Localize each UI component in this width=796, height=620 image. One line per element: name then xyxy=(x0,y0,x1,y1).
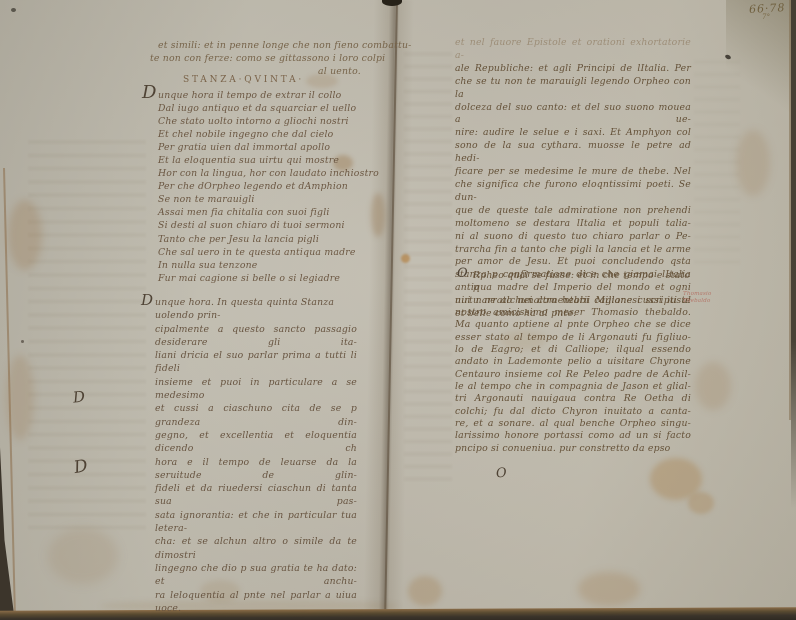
stain xyxy=(695,362,731,410)
left-dark-edge xyxy=(0,440,15,620)
commentary-line: liani dricia el suo parlar prima a tutti… xyxy=(155,349,357,376)
commentary-line: cipalmente a questo sancto passagio desi… xyxy=(155,323,357,350)
verse-line: Per gratia uien dal immortal apollo xyxy=(158,141,368,154)
left-page-edge-line xyxy=(3,168,16,620)
book-gutter-shadow xyxy=(363,0,414,620)
initial-capital-o: O xyxy=(457,268,468,280)
verse-line: Tanto che per Jesu la lancia pigli xyxy=(158,233,368,246)
commentary-line: nui narrato nei comentarii Millanesi scr… xyxy=(455,295,691,307)
margin-pen-mark-d: D xyxy=(72,387,86,406)
right-page-edge-line xyxy=(789,0,791,420)
verse-line: Et chel nobile ingegno che dal cielo xyxy=(158,128,368,141)
ink-bleedthrough-right xyxy=(404,52,452,482)
left-prev-paragraph-line: et simili: et in penne longe che non fie… xyxy=(158,40,411,51)
stain xyxy=(6,355,34,440)
verse-line-text: unque hora il tempo de extrar il collo xyxy=(158,90,341,101)
left-prev-paragraph-line: te non con ferze: como se gittassono i l… xyxy=(150,53,385,64)
commentary-line: et nel fauore Epistole et orationi exhor… xyxy=(455,37,691,63)
initial-capital-d: D xyxy=(141,294,153,307)
gutter-crease-line xyxy=(384,0,398,620)
commentary-line: ORpheo qual se fusse: et in che tempo e … xyxy=(455,270,691,295)
commentary-line: che se tu non te marauigli legendo Orphe… xyxy=(455,76,691,102)
margin-pen-mark-d: D xyxy=(72,456,89,478)
commentary-line: que de queste tale admiratione non prehe… xyxy=(455,205,691,218)
bottom-dark-edge xyxy=(0,607,796,620)
red-margin-note-line: Thomasio xyxy=(683,291,712,298)
verse-line: Che sal uero in te questa antiqua madre xyxy=(158,246,368,259)
initial-capital-d: D xyxy=(142,86,157,99)
commentary-line: le al tempo che in compagnia de Jason et… xyxy=(455,381,691,393)
commentary-line: Ma quanto aptiene al pnte Orpheo che se … xyxy=(455,319,691,331)
verse-line: Si desti al suon chiaro di tuoi sermoni xyxy=(158,219,368,232)
manuscript-spread: 66·78 7° et simili: et in penne longe ch… xyxy=(0,0,796,620)
right-commentary-block-2: ORpheo qual se fusse: et in che tempo e … xyxy=(455,270,691,455)
top-right-corner-shade xyxy=(726,0,796,120)
commentary-line: pncipo si conueniua. pur constretto da e… xyxy=(455,443,691,455)
commentary-line: Centauro insieme col Re Peleo padre de A… xyxy=(455,369,691,381)
stain xyxy=(48,528,118,584)
verse-line: Assai men fia chitalia con suoi figli xyxy=(158,206,368,219)
left-commentary-block: Dunque hora. In questa quinta Stanza uol… xyxy=(155,296,357,615)
commentary-line-text: unque hora. In questa quinta Stanza uole… xyxy=(155,297,334,321)
verse-line: Dal iugo antiquo et da squarciar el uell… xyxy=(158,102,368,115)
commentary-line: moltomeno se destara lItalia et populi t… xyxy=(455,218,691,231)
right-dark-edge xyxy=(791,0,796,620)
commentary-line: trarcha fin a tanto che pigli la lancia … xyxy=(455,244,691,257)
stain xyxy=(578,572,640,606)
pen-mark-o: O xyxy=(495,466,507,482)
left-prev-paragraph-line: al uento. xyxy=(318,66,361,77)
commentary-line: et cussi a ciaschuno cita de se p grande… xyxy=(155,402,357,429)
commentary-line: gegno, et excellentia et eloquentia dice… xyxy=(155,429,357,456)
commentary-line: per amor de Jesu. Et puoi concludendo qs… xyxy=(455,256,691,269)
left-verse-block: Dunque hora il tempo de extrar il collo … xyxy=(158,89,368,285)
commentary-line-text: Rpheo qual se fusse: et in che tempo e s… xyxy=(473,270,690,293)
verse-line: Che stato uolto intorno a gliochi nostri xyxy=(158,115,368,128)
commentary-line: dolceza del suo canto: et del suo suono … xyxy=(455,102,691,128)
commentary-line: lo de Eagro; et di Calliope; ilqual esse… xyxy=(455,344,691,356)
verse-line: Per che dOrpheo legendo et dAmphion xyxy=(158,180,368,193)
commentary-line: andato in Lademonte pelio a uisitare Chy… xyxy=(455,356,691,368)
ink-speck xyxy=(11,8,16,12)
commentary-line: re, et a sonare. al qual benche Orpheo s… xyxy=(455,418,691,430)
stain xyxy=(736,130,770,196)
commentary-line: esser stato al tempo de li Argonauti fu … xyxy=(455,332,691,344)
commentary-line: hora e il tempo de leuarse da la seruitu… xyxy=(155,456,357,483)
commentary-line: ra leloquentia al pnte nel parlar a uiua… xyxy=(155,589,357,616)
commentary-line: ni al suono di questo tuo chiaro parlar … xyxy=(455,231,691,244)
commentary-line: ale Republiche: et agli Principi de lIta… xyxy=(455,63,691,76)
verse-line: In nulla sua tenzone xyxy=(158,259,368,272)
stain xyxy=(401,254,410,263)
commentary-line: Dunque hora. In questa quinta Stanza uol… xyxy=(155,296,357,323)
commentary-line: nire: audire le selue e i saxi. Et Amphy… xyxy=(455,127,691,140)
commentary-line: insieme et puoi in particulare a se mede… xyxy=(155,376,357,403)
stain xyxy=(408,576,442,606)
verse-line: Et la eloquentia sua uirtu qui mostre xyxy=(158,154,368,167)
folio-flourish: 7° xyxy=(762,13,770,21)
stain xyxy=(8,200,42,270)
commentary-line: che significa che furono eloqntissimi po… xyxy=(455,179,691,205)
stain xyxy=(650,458,702,500)
ink-speck xyxy=(21,340,24,343)
commentary-line: lingegno che dio p sua gratia te ha dato… xyxy=(155,562,357,589)
stain xyxy=(371,193,385,237)
ink-bleedthrough-right2 xyxy=(694,60,740,270)
red-margin-note-line: Thebaldo xyxy=(683,298,712,305)
commentary-line: ficare per se medesime le mure de thebe.… xyxy=(455,166,691,179)
verse-line: Fur mai cagione si belle o si legiadre xyxy=(158,272,368,285)
stanza-heading: STANZA·QVINTA· xyxy=(183,75,304,85)
red-margin-note: Thomasio Thebaldo xyxy=(683,291,712,305)
commentary-line: sata ignorantia: et che in particular tu… xyxy=(155,509,357,536)
commentary-line: colchi; fu dal dicto Chyron inuitato a c… xyxy=(455,406,691,418)
commentary-line: larissimo honore portassi como ad un si … xyxy=(455,430,691,442)
verse-line: Se non te marauigli xyxy=(158,193,368,206)
ink-speck xyxy=(724,54,731,60)
commentary-line: tri Argonauti nauigaua contra Re Oetha d… xyxy=(455,393,691,405)
commentary-line: nostro amicissimo meser Thomasio thebald… xyxy=(455,307,691,319)
commentary-line: sono de la sua cythara. muosse le petre … xyxy=(455,140,691,166)
verse-line: Hor con la lingua, hor con laudato inchi… xyxy=(158,167,368,180)
verse-line: Dunque hora il tempo de extrar il collo xyxy=(158,89,368,102)
gutter-top-notch xyxy=(382,0,402,6)
stain xyxy=(688,492,714,514)
commentary-line: fideli et da riuedersi ciaschun di tanta… xyxy=(155,482,357,509)
commentary-line: cha: et se alchun altro o simile da te d… xyxy=(155,535,357,562)
